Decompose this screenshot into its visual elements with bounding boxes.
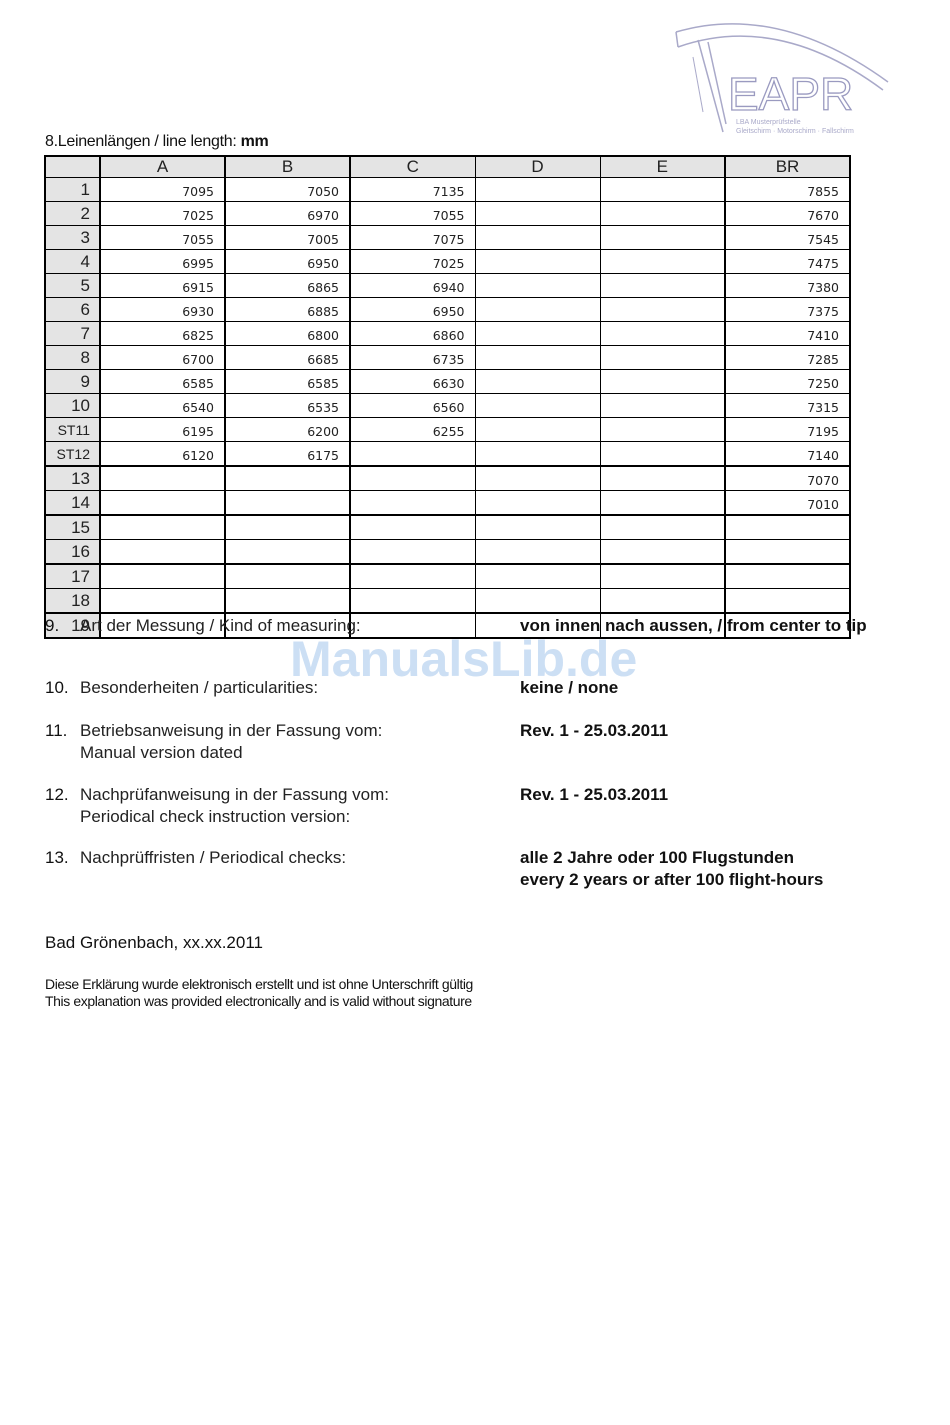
column-header-c: C [350,156,475,178]
cell-c: 6560 [350,394,475,418]
table-row: 106540653565607315 [45,394,850,418]
eapr-logo: EAPR LBA Musterprüfstelle Gleitschirm · … [668,12,898,137]
cell-a: 6540 [100,394,225,418]
item-value: Rev. 1 - 25.03.2011 [520,720,900,742]
cell-c: 6255 [350,418,475,442]
svg-text:EAPR: EAPR [728,68,853,120]
item-label: Betriebsanweisung in der Fassung vom:Man… [80,720,500,764]
cell-b [225,491,350,516]
cell-a: 6825 [100,322,225,346]
cell-b: 7050 [225,178,350,202]
cell-d [475,442,600,467]
row-header: 10 [45,394,100,418]
column-header-a: A [100,156,225,178]
cell-c: 7135 [350,178,475,202]
cell-b: 6535 [225,394,350,418]
row-header: 13 [45,466,100,491]
cell-d [475,491,600,516]
place-date: Bad Grönenbach, xx.xx.2011 [45,933,263,953]
row-header: 17 [45,564,100,589]
cell-e [600,346,725,370]
table-row: 137070 [45,466,850,491]
unit-label: mm [241,133,269,150]
cell-b: 6175 [225,442,350,467]
cell-b: 6885 [225,298,350,322]
table-row: 15 [45,515,850,540]
cell-br: 7855 [725,178,850,202]
cell-b: 6685 [225,346,350,370]
cell-br [725,540,850,565]
cell-c: 6630 [350,370,475,394]
table-row: 66930688569507375 [45,298,850,322]
item-value: Rev. 1 - 25.03.2011 [520,784,900,806]
cell-a [100,466,225,491]
line-length-table: ABCDEBR 17095705071357855270256970705576… [44,155,851,639]
column-header-e: E [600,156,725,178]
table-row: 27025697070557670 [45,202,850,226]
cell-e [600,250,725,274]
cell-d [475,322,600,346]
item-number: 13. [45,847,80,869]
svg-text:LBA Musterprüfstelle: LBA Musterprüfstelle [736,119,801,126]
table-row: 17 [45,564,850,589]
cell-a [100,515,225,540]
table-row: 96585658566307250 [45,370,850,394]
cell-a [100,589,225,614]
cell-b [225,540,350,565]
item-number: 11. [45,720,80,742]
cell-br: 7250 [725,370,850,394]
cell-c: 6940 [350,274,475,298]
eapr-logo-icon: EAPR LBA Musterprüfstelle Gleitschirm · … [668,12,898,137]
cell-e [600,418,725,442]
cell-d [475,226,600,250]
cell-a: 6585 [100,370,225,394]
item-label: Nachprüfanweisung in der Fassung vom:Per… [80,784,500,828]
cell-c: 7075 [350,226,475,250]
note-english: This explanation was provided electronic… [45,993,472,1009]
cell-c: 6735 [350,346,475,370]
cell-e [600,515,725,540]
section-8-label: 8.Leinenlängen / line length: [45,133,241,150]
row-header: ST12 [45,442,100,467]
cell-e [600,491,725,516]
cell-br [725,515,850,540]
row-header: 6 [45,298,100,322]
item-value: alle 2 Jahre oder 100 Flugstundenevery 2… [520,847,900,891]
cell-br: 7315 [725,394,850,418]
cell-e [600,274,725,298]
cell-e [600,370,725,394]
cell-b [225,466,350,491]
cell-e [600,202,725,226]
cell-a [100,564,225,589]
cell-a: 6700 [100,346,225,370]
item-label: Art der Messung / Kind of measuring: [80,615,500,637]
cell-d [475,178,600,202]
cell-c [350,564,475,589]
cell-e [600,178,725,202]
cell-d [475,466,600,491]
cell-e [600,540,725,565]
table-row: 56915686569407380 [45,274,850,298]
cell-c [350,515,475,540]
cell-d [475,589,600,614]
cell-a: 7025 [100,202,225,226]
cell-e [600,589,725,614]
cell-b: 6970 [225,202,350,226]
cell-d [475,202,600,226]
cell-b: 7005 [225,226,350,250]
cell-b [225,564,350,589]
item-number: 10. [45,677,80,699]
cell-d [475,250,600,274]
cell-c [350,466,475,491]
note-german: Diese Erklärung wurde elektronisch erste… [45,976,473,992]
cell-b: 6200 [225,418,350,442]
cell-br [725,564,850,589]
row-header: 16 [45,540,100,565]
cell-e [600,226,725,250]
cell-e [600,466,725,491]
cell-d [475,564,600,589]
cell-e [600,322,725,346]
table-row: 46995695070257475 [45,250,850,274]
row-header: ST11 [45,418,100,442]
cell-br [725,589,850,614]
row-header: 15 [45,515,100,540]
cell-c [350,540,475,565]
row-header: 2 [45,202,100,226]
cell-br: 7380 [725,274,850,298]
cell-a: 6915 [100,274,225,298]
cell-br: 7410 [725,322,850,346]
cell-a: 6930 [100,298,225,322]
item-label: Besonderheiten / particularities: [80,677,500,699]
cell-br: 7010 [725,491,850,516]
cell-a: 7055 [100,226,225,250]
table-row: 16 [45,540,850,565]
cell-d [475,540,600,565]
column-header-b: B [225,156,350,178]
cell-a: 7095 [100,178,225,202]
cell-c: 6860 [350,322,475,346]
table-header-row: ABCDEBR [45,156,850,178]
cell-a: 6995 [100,250,225,274]
row-header: 4 [45,250,100,274]
cell-e [600,564,725,589]
cell-c: 7025 [350,250,475,274]
row-header: 14 [45,491,100,516]
cell-b [225,589,350,614]
item-label: Nachprüffristen / Periodical checks: [80,847,500,869]
row-header: 3 [45,226,100,250]
cell-a [100,491,225,516]
column-header-br: BR [725,156,850,178]
table-row: 18 [45,589,850,614]
item-value: von innen nach aussen, / from center to … [520,615,900,637]
row-header: 18 [45,589,100,614]
cell-d [475,418,600,442]
cell-br: 7375 [725,298,850,322]
cell-d [475,298,600,322]
item-number: 9. [45,615,80,637]
row-header: 8 [45,346,100,370]
cell-e [600,442,725,467]
cell-b: 6950 [225,250,350,274]
cell-a: 6195 [100,418,225,442]
cell-br: 7140 [725,442,850,467]
cell-b: 6865 [225,274,350,298]
row-header: 9 [45,370,100,394]
cell-b: 6585 [225,370,350,394]
cell-b: 6800 [225,322,350,346]
table-row: 17095705071357855 [45,178,850,202]
cell-d [475,515,600,540]
cell-c [350,589,475,614]
cell-e [600,298,725,322]
table-row: 86700668567357285 [45,346,850,370]
cell-c: 7055 [350,202,475,226]
table-row: 37055700570757545 [45,226,850,250]
row-header: 1 [45,178,100,202]
corner-header [45,156,100,178]
cell-a: 6120 [100,442,225,467]
svg-text:Gleitschirm · Motorschirm · Fa: Gleitschirm · Motorschirm · Fallschirm [736,128,854,135]
column-header-d: D [475,156,600,178]
row-header: 5 [45,274,100,298]
table-row: ST116195620062557195 [45,418,850,442]
cell-c [350,442,475,467]
cell-br: 7195 [725,418,850,442]
cell-br: 7285 [725,346,850,370]
cell-d [475,346,600,370]
cell-d [475,274,600,298]
cell-d [475,394,600,418]
cell-br: 7670 [725,202,850,226]
item-value: keine / none [520,677,900,699]
cell-d [475,370,600,394]
cell-c: 6950 [350,298,475,322]
cell-br: 7070 [725,466,850,491]
section-8-title: 8.Leinenlängen / line length: mm [45,133,268,151]
cell-c [350,491,475,516]
cell-b [225,515,350,540]
cell-br: 7545 [725,226,850,250]
cell-a [100,540,225,565]
table-row: ST12612061757140 [45,442,850,467]
table-row: 76825680068607410 [45,322,850,346]
row-header: 7 [45,322,100,346]
cell-e [600,394,725,418]
cell-br: 7475 [725,250,850,274]
item-number: 12. [45,784,80,806]
table-row: 147010 [45,491,850,516]
